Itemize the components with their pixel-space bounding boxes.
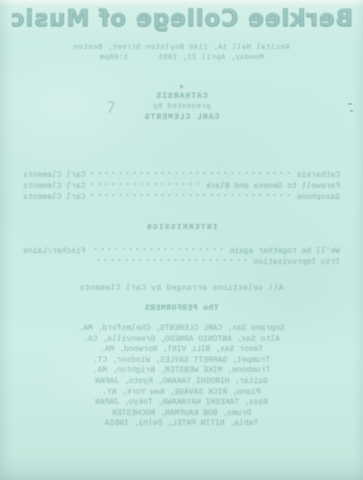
performers-list: Soprano Sax, CARL CLEMENTS, Chelmsford, … <box>0 324 363 430</box>
piece-credit: Carl Clements <box>23 193 85 202</box>
program-set-one: Catharsis Carl Clements Farewell to Gene… <box>23 169 340 202</box>
performer-line: Piano, RICK SAVAGE, New York, NY. <box>0 388 363 399</box>
piece-title: Trio Improvisation <box>254 258 340 267</box>
scanned-program-page: Berklee College of Music Recital Hall 1A… <box>0 0 363 480</box>
ink-speck <box>180 85 183 88</box>
performer-line: Drums, BOB KAUFMAN, ROCHESTER <box>0 409 363 420</box>
dotted-leader <box>90 191 291 199</box>
dotted-leader <box>95 256 249 264</box>
program-row: Farewell to Geneva and Black Carl Clemen… <box>23 180 340 191</box>
program-row: Catharsis Carl Clements <box>23 169 340 180</box>
performer-line: Soprano Sax, CARL CLEMENTS, Chelmsford, … <box>0 324 363 335</box>
presenter-name: CARL CLEMENTS <box>0 113 363 122</box>
performer-line: Trombone, MIKE WEBSTER, Brighton, MA. <box>0 366 363 377</box>
performer-line: Guitar, HIROSHI TAKANO, Kyoto, JAPAN <box>0 377 363 388</box>
program-row: Saxophone Carl Clements <box>23 191 340 202</box>
performer-line: Alto Sax, ANTONIO ARNEDO, Greenville, CA… <box>0 335 363 346</box>
performer-line: Trumpet, GARRETT SAYLES, Windsor, CT. <box>0 356 363 367</box>
program-row: Trio Improvisation <box>23 256 340 267</box>
time-text: 1:00pm <box>99 54 128 62</box>
piece-credit: Carl Clements <box>23 171 85 180</box>
performer-line: Bass, TAKESHI HAYAKAWA, Tokyo, JAPAN <box>0 398 363 409</box>
intermission-heading: INTERMISSION <box>0 224 363 232</box>
bleed-through-text-layer: Berklee College of Music Recital Hall 1A… <box>0 0 363 480</box>
dotted-leader <box>90 169 291 177</box>
masthead-logo: Berklee College of Music <box>0 6 363 32</box>
date-line: Monday, April 22, 1991 1:00pm <box>0 54 363 62</box>
dotted-leader <box>90 245 224 253</box>
piece-title: We'll be together again <box>230 247 340 256</box>
piece-credit: Carl Clements <box>23 182 85 191</box>
presented-by-label: presented by <box>0 103 363 111</box>
arranged-note: All selections arranged by Carl Clements <box>0 284 363 293</box>
performer-line: Tenor Sax, BILL VINT, Norwood, MA. <box>0 345 363 356</box>
piece-title: Saxophone <box>297 193 340 202</box>
venue-line: Recital Hall 1A, 1140 Boylston Street, B… <box>0 44 363 52</box>
performer-line: Tabla, NITIN PATEL, Delhi, INDIA <box>0 419 363 430</box>
piece-credit: Fischer/Laine <box>23 247 85 256</box>
program-set-two: We'll be together again Fischer/Laine Tr… <box>23 245 340 267</box>
handwritten-mark: 7 <box>105 98 117 118</box>
piece-title: Catharsis <box>297 171 340 180</box>
dotted-leader <box>90 180 200 188</box>
performers-heading: The PERFORMERS <box>0 304 363 313</box>
program-row: We'll be together again Fischer/Laine <box>23 245 340 256</box>
recital-title: CATHARSIS <box>0 92 363 101</box>
date-text: Monday, April 22, 1991 <box>158 54 264 62</box>
piece-title: Farewell to Geneva and Black <box>206 182 340 191</box>
